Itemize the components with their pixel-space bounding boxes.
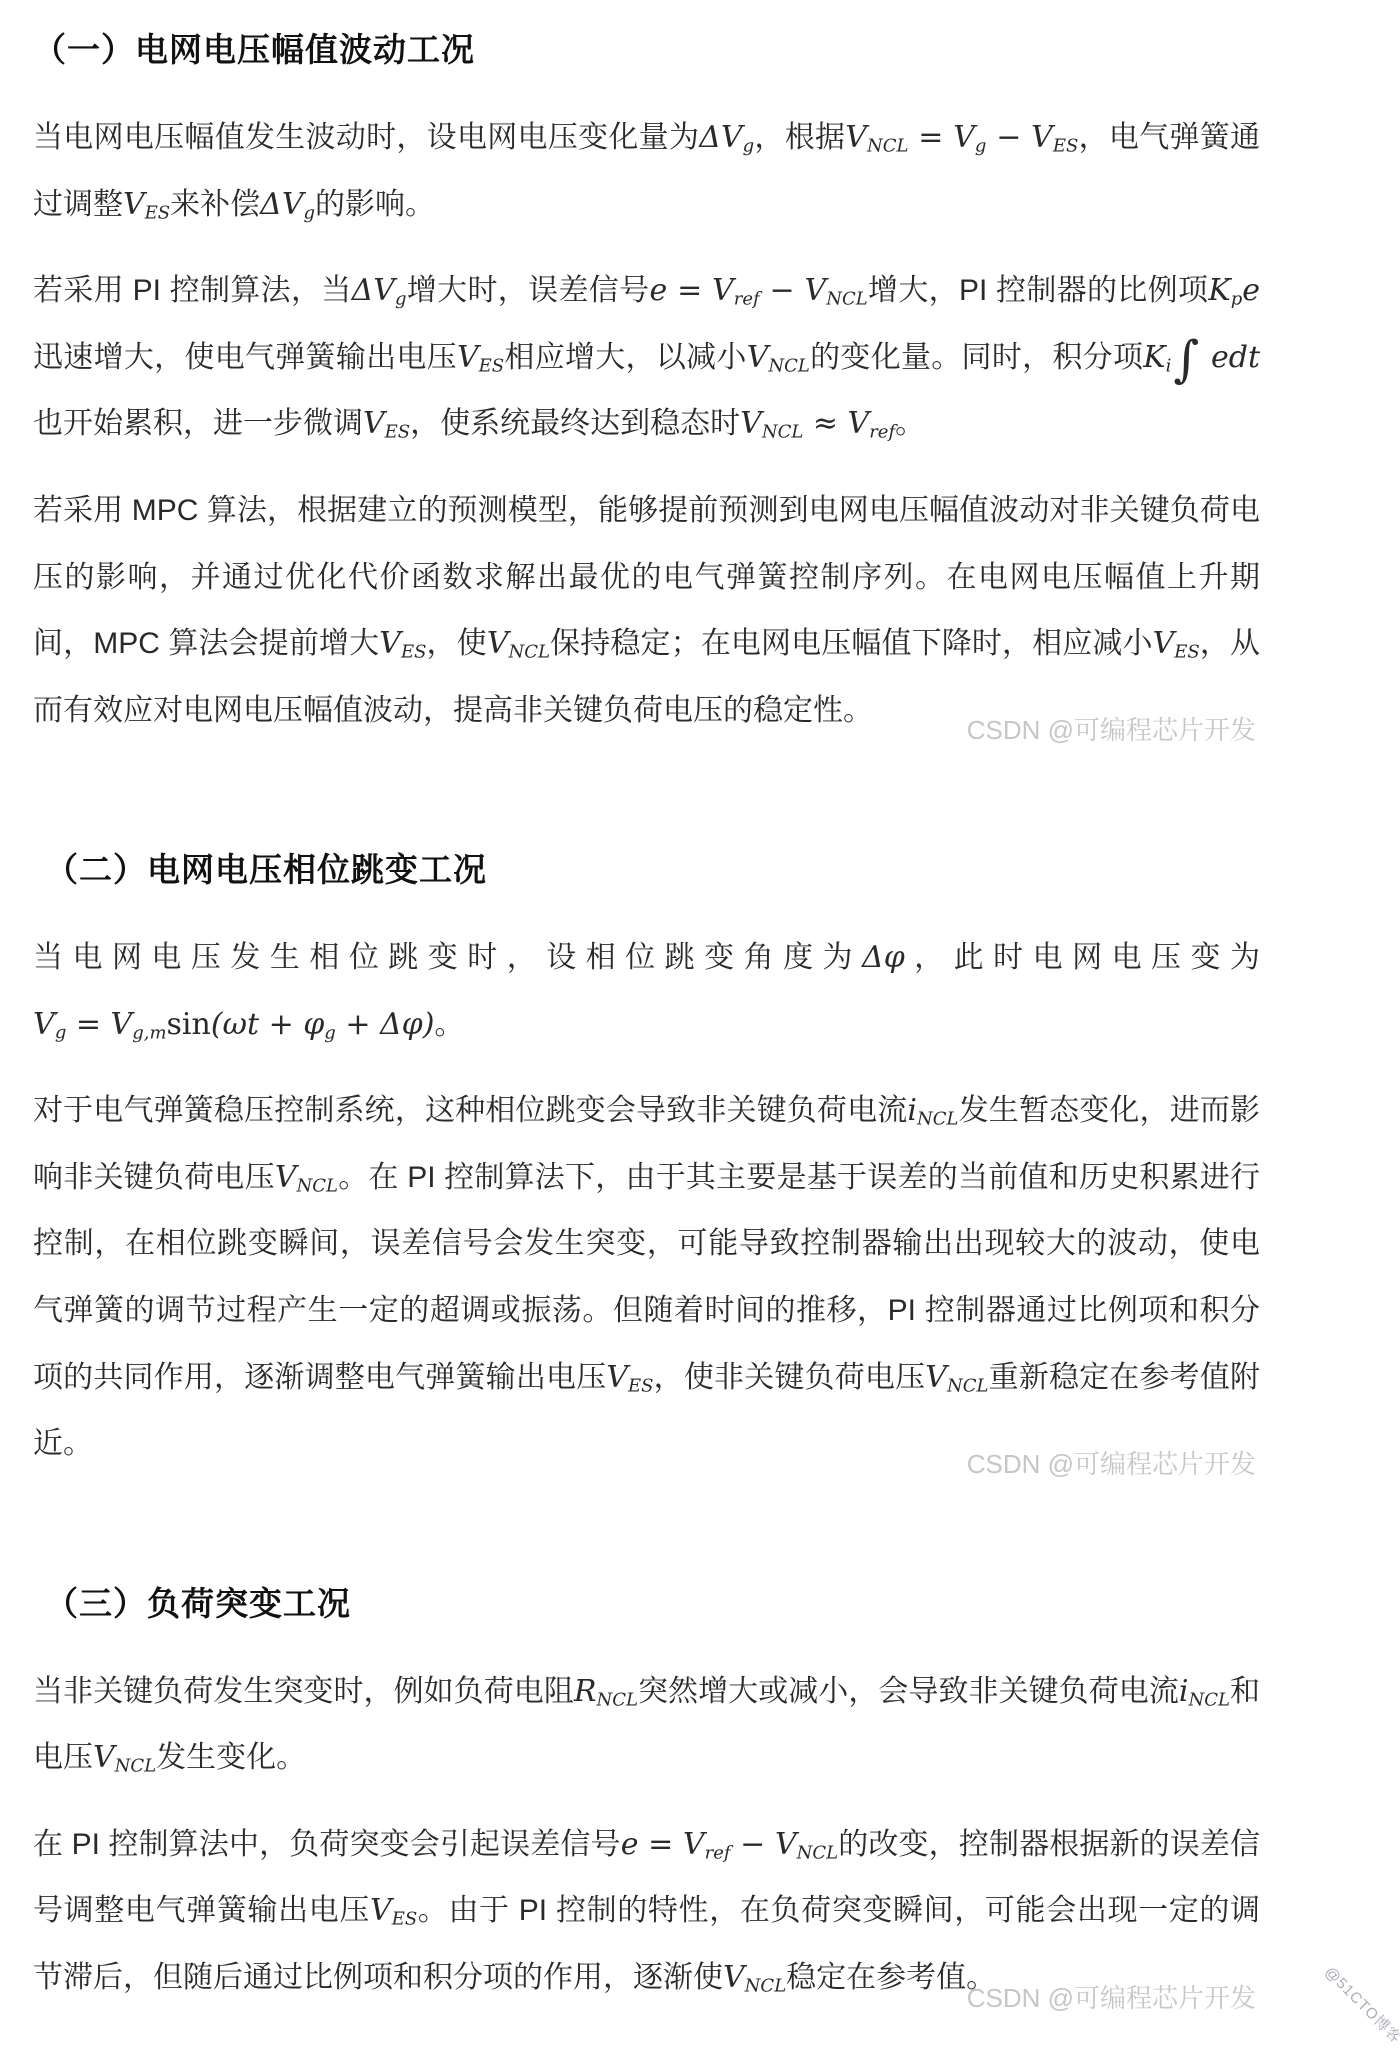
paragraph: 对于电气弹簧稳压控制系统，这种相位跳变会导致非关键负荷电流iNCL发生暂态变化，…	[33, 1078, 1260, 1478]
paragraph: 当电网电压幅值发生波动时，设电网电压变化量为ΔVg，根据VNCL = Vg − …	[33, 105, 1260, 238]
section-grid-voltage-phase-jump: （二）电网电压相位跳变工况 当电网电压发生相位跳变时，设相位跳变角度为Δφ，此时…	[33, 844, 1260, 1493]
paragraph: 当非关键负荷发生突变时，例如负荷电阻RNCL突然增大或减小，会导致非关键负荷电流…	[33, 1659, 1260, 1792]
section-heading: （二）电网电压相位跳变工况	[45, 844, 1260, 891]
51cto-watermark: @51CTO博客	[1320, 1961, 1400, 2047]
section-heading: （三）负荷突变工况	[45, 1578, 1260, 1625]
paragraph: 当电网电压发生相位跳变时，设相位跳变角度为Δφ，此时电网电压变为V′g = Vg…	[33, 925, 1260, 1058]
section-load-sudden-change: （三）负荷突变工况 当非关键负荷发生突变时，例如负荷电阻RNCL突然增大或减小，…	[33, 1578, 1260, 2028]
paragraph: 若采用 PI 控制算法，当ΔVg增大时，误差信号e = Vref − VNCL增…	[33, 258, 1260, 458]
section-grid-voltage-amplitude: （一）电网电压幅值波动工况 当电网电压幅值发生波动时，设电网电压变化量为ΔVg，…	[33, 24, 1260, 760]
document-page: （一）电网电压幅值波动工况 当电网电压幅值发生波动时，设电网电压变化量为ΔVg，…	[0, 0, 1400, 2067]
section-heading: （一）电网电压幅值波动工况	[33, 24, 1260, 71]
csdn-watermark: CSDN @可编程芯片开发	[33, 1436, 1260, 1494]
